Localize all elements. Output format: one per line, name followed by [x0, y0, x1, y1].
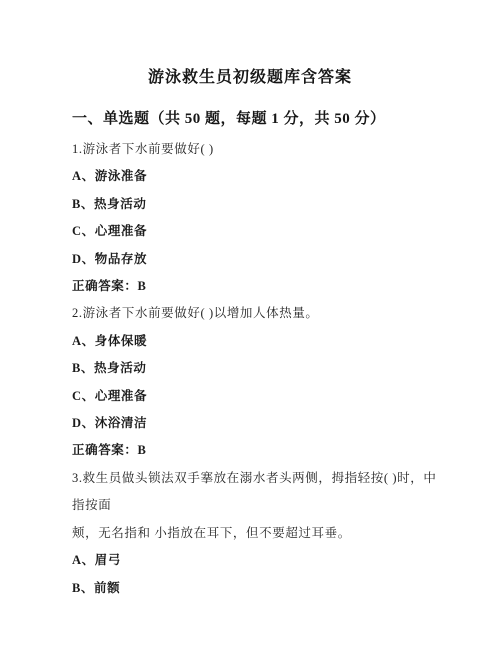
document-page: 游泳救生员初级题库含答案 一、单选题（共 50 题，每题 1 分，共 50 分）…	[0, 0, 500, 647]
question-block-2: 2.游泳者下水前要做好( )以增加人体热量。 A、身体保暖 B、热身活动 C、心…	[72, 300, 440, 464]
question-text: 1.游泳者下水前要做好( )	[72, 136, 440, 163]
answer-value: B	[138, 443, 147, 457]
answer-label: 正确答案：	[72, 443, 138, 457]
option-a: A、身体保暖	[72, 328, 440, 355]
answer-label: 正确答案：	[72, 279, 138, 293]
option-a: A、游泳准备	[72, 163, 440, 190]
option-b: B、热身活动	[72, 355, 440, 382]
answer-value: B	[138, 279, 147, 293]
option-b: B、热身活动	[72, 191, 440, 218]
question-block-1: 1.游泳者下水前要做好( ) A、游泳准备 B、热身活动 C、心理准备 D、物品…	[72, 136, 440, 300]
question-text: 2.游泳者下水前要做好( )以增加人体热量。	[72, 300, 440, 327]
document-title: 游泳救生员初级题库含答案	[72, 66, 428, 90]
option-d: D、物品存放	[72, 246, 440, 273]
section-heading: 一、单选题（共 50 题，每题 1 分，共 50 分）	[72, 109, 440, 130]
question-text-line-1: 3.救生员做头锁法双手搴放在溺水者头两侧，拇指轻按( )时，中指按面	[72, 465, 440, 520]
option-d: D、沐浴清洁	[72, 410, 440, 437]
question-block-3: 3.救生员做头锁法双手搴放在溺水者头两侧，拇指轻按( )时，中指按面 颊，无名指…	[72, 465, 440, 602]
option-a: A、眉弓	[72, 547, 440, 574]
answer-line: 正确答案：B	[72, 437, 440, 464]
option-c: C、心理准备	[72, 218, 440, 245]
option-c: C、心理准备	[72, 383, 440, 410]
answer-line: 正确答案：B	[72, 273, 440, 300]
option-b: B、前额	[72, 575, 440, 602]
question-text-line-2: 颊，无名指和 小指放在耳下，但不要超过耳垂。	[72, 520, 440, 547]
